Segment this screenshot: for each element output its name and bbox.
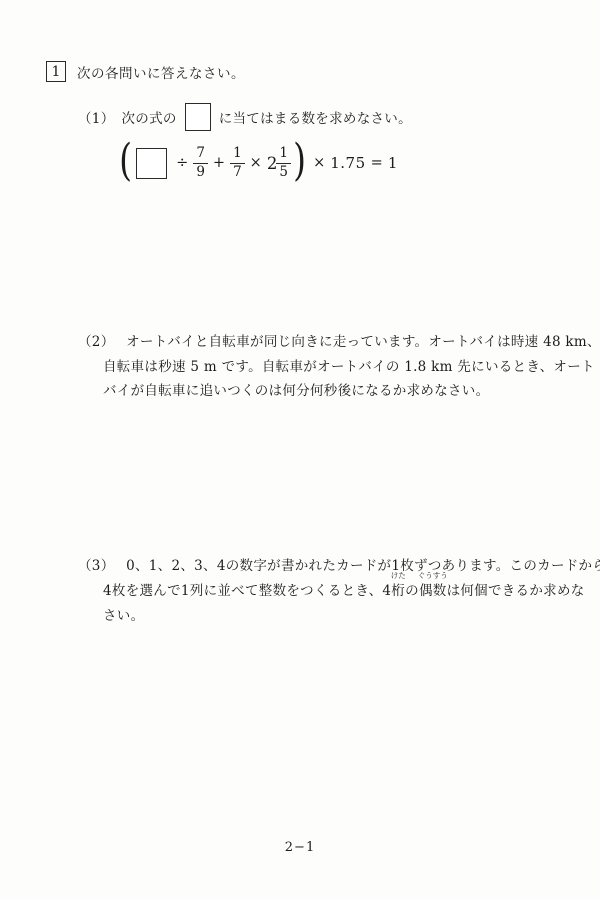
ruby-base: 偶数 xyxy=(419,583,447,599)
q1-inline-answer-box xyxy=(185,103,211,131)
divide-sign: ÷ xyxy=(176,155,188,171)
fraction-denominator: 9 xyxy=(193,165,208,180)
question-1: （1） 次の式の に当てはまる数を求めなさい。 xyxy=(78,103,412,131)
times-sign-2: × xyxy=(313,155,325,171)
ruby-furigana: ぐうすう xyxy=(418,572,448,580)
fraction-numerator: 1 xyxy=(276,146,291,163)
q2-line-3: バイが自転車に追いつくのは何分何秒後になるか求めなさい。 xyxy=(78,379,600,404)
problem-instruction: 次の各問いに答えなさい。 xyxy=(77,62,245,82)
q2-line-1: （2） オートバイと自転車が同じ向きに走っています。オートバイは時速 48 km… xyxy=(78,330,600,355)
q1-label: （1） xyxy=(78,107,115,127)
exam-page: 1 次の各問いに答えなさい。 （1） 次の式の に当てはまる数を求めなさい。 (… xyxy=(0,0,600,900)
q3-text-2c: は何個できるか求めな xyxy=(447,583,585,599)
q3-line-2: 4枚を選んで1列に並べて整数をつくるとき、4桁けたの偶数ぐうすうは何個できるか求… xyxy=(78,579,600,604)
close-paren: ) xyxy=(293,139,306,183)
page-number: 2−1 xyxy=(0,840,600,855)
plus-sign: + xyxy=(213,155,225,171)
q1-text-before: 次の式の xyxy=(122,107,177,127)
q3-line-3: さい。 xyxy=(78,604,600,629)
mixed-fraction: 1 5 xyxy=(276,146,291,179)
equation-answer-box xyxy=(136,148,167,179)
equation-result: 1 xyxy=(388,154,398,172)
fraction-1-7: 1 7 xyxy=(230,146,245,179)
question-3: （3） 0、1、2、3、4の数字が書かれたカードが1枚ずつあります。このカードか… xyxy=(78,554,600,630)
ruby-base: 桁 xyxy=(391,583,405,599)
ruby-keta: 桁けた xyxy=(391,579,405,604)
open-paren: ( xyxy=(119,139,132,183)
fraction-numerator: 1 xyxy=(230,146,245,163)
problem-number-box: 1 xyxy=(46,61,66,82)
equals-sign: = xyxy=(371,155,383,171)
q1-equation: ( ÷ 7 9 + 1 7 × 2 1 5 ) × 1.75 = 1 xyxy=(117,139,398,187)
q3-text-2b: の xyxy=(405,583,419,599)
fraction-numerator: 7 xyxy=(193,146,208,163)
fraction-7-9: 7 9 xyxy=(193,146,208,179)
q2-text-1: オートバイと自転車が同じ向きに走っています。オートバイは時速 48 km、 xyxy=(126,334,600,350)
q3-text-1: 0、1、2、3、4の数字が書かれたカードが1枚ずつあります。このカードから xyxy=(126,558,600,574)
fraction-denominator: 5 xyxy=(276,165,291,180)
mixed-number-2-1-5: 2 1 5 xyxy=(267,146,291,179)
q2-label: （2） xyxy=(78,334,115,350)
q3-line-1: （3） 0、1、2、3、4の数字が書かれたカードが1枚ずつあります。このカードか… xyxy=(78,554,600,579)
ruby-guusuu: 偶数ぐうすう xyxy=(419,579,447,604)
fraction-denominator: 7 xyxy=(230,165,245,180)
q2-line-2: 自転車は秒速 5 m です。自転車がオートバイの 1.8 km 先にいるとき、オ… xyxy=(78,355,600,380)
times-sign: × xyxy=(250,155,262,171)
q3-label: （3） xyxy=(78,558,115,574)
q1-text-after: に当てはまる数を求めなさい。 xyxy=(219,107,412,127)
problem-header: 1 次の各問いに答えなさい。 xyxy=(46,61,245,82)
ruby-furigana: けた xyxy=(391,572,406,580)
decimal-value: 1.75 xyxy=(330,154,365,172)
q3-text-2a: 4枚を選んで1列に並べて整数をつくるとき、4 xyxy=(103,583,391,599)
question-2: （2） オートバイと自転車が同じ向きに走っています。オートバイは時速 48 km… xyxy=(78,330,600,404)
